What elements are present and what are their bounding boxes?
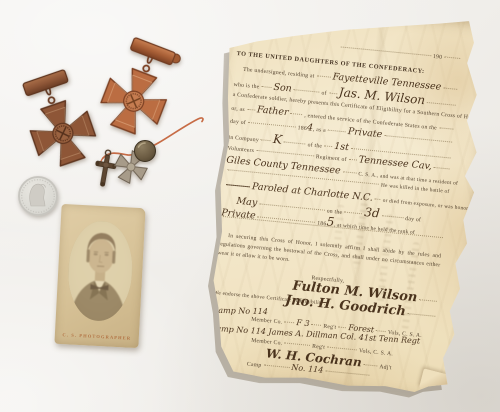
dotted-rule xyxy=(247,109,255,111)
dotted-rule xyxy=(338,327,346,329)
dotted-rule xyxy=(294,89,320,92)
medal-bar-left xyxy=(23,69,69,96)
relation2-handwriting: Father xyxy=(256,105,288,117)
medallion-disc xyxy=(133,139,157,163)
camp-printed: Camp xyxy=(247,361,262,368)
eligibility-document: 190 TO THE UNITED DAUGHTERS OF THE CONFE… xyxy=(192,0,495,404)
entered-printed-a: or, as xyxy=(231,106,245,113)
asa-printed: , as a xyxy=(313,127,327,134)
member1-co-handwriting: F 3 xyxy=(296,319,310,328)
dotted-rule xyxy=(329,93,337,95)
dotted-rule xyxy=(256,150,314,157)
dotted-rule xyxy=(317,75,331,77)
dotted-rule xyxy=(328,130,346,133)
day-handwriting: 3d xyxy=(364,206,380,219)
dotted-rule xyxy=(290,113,302,115)
dotted-rule xyxy=(375,198,381,200)
maltese-cross-left xyxy=(25,95,101,171)
rank-handwriting: Private xyxy=(347,127,382,140)
quarter-coin xyxy=(16,174,60,218)
dotted-rule xyxy=(439,127,453,129)
document-content: 190 TO THE UNITED DAUGHTERS OF THE CONFE… xyxy=(205,0,466,401)
dotted-rule xyxy=(344,212,362,215)
dotted-rule xyxy=(342,171,356,173)
regiment-number-handwriting: 1st xyxy=(334,142,350,153)
dotted-rule xyxy=(284,141,306,144)
dotted-rule xyxy=(434,167,450,170)
member2-printed-b: Reg't xyxy=(312,344,326,351)
dotted-rule xyxy=(261,86,271,88)
dotted-rule xyxy=(325,370,369,375)
medal-bar-right xyxy=(130,37,176,65)
volunteers-printed: Volunteers xyxy=(227,146,254,155)
dotted-rule xyxy=(419,299,437,302)
dotted-rule xyxy=(284,321,294,323)
struck-rule xyxy=(226,184,250,187)
relation-printed-b: of xyxy=(321,90,327,96)
member1-printed-a: Member Co. xyxy=(251,317,283,326)
portrait-of-man xyxy=(66,219,135,322)
dayof-printed: day of xyxy=(230,119,246,126)
dotted-rule xyxy=(376,330,386,332)
ofthe-printed: of the xyxy=(307,142,322,149)
photo-scene: 190 TO THE UNITED DAUGHTERS OF THE CONFE… xyxy=(0,0,500,412)
dotted-rule xyxy=(261,139,271,141)
portrait-card: C. S. PHOTOGRAPHER xyxy=(54,204,145,348)
dotted-rule xyxy=(443,87,457,89)
dotted-rule xyxy=(363,364,377,366)
dotted-rule xyxy=(284,342,310,345)
portrait-oval xyxy=(66,219,135,322)
dotted-rule xyxy=(248,122,296,128)
dotted-rule xyxy=(427,102,456,106)
dotted-rule xyxy=(381,215,403,218)
dotted-rule xyxy=(341,47,431,57)
dotted-rule xyxy=(444,56,460,59)
dotted-rule xyxy=(384,135,452,143)
dotted-rule xyxy=(349,159,357,161)
relation-printed-a: who is the xyxy=(233,82,259,90)
company-handwriting: K xyxy=(273,133,283,146)
regimentof-printed: Regiment of xyxy=(316,154,347,163)
dotted-rule xyxy=(327,347,357,351)
camp-number-handwriting: No. 114 xyxy=(291,364,324,375)
relation-handwriting: Son xyxy=(273,83,292,94)
date-year-prefix: 190 xyxy=(433,54,443,61)
dotted-rule xyxy=(263,365,289,368)
photographer-caption: C. S. PHOTOGRAPHER xyxy=(55,332,139,341)
endorser3-title-printed: Adj't xyxy=(379,364,392,371)
dotted-rule xyxy=(324,145,332,147)
dotted-rule xyxy=(311,324,321,326)
